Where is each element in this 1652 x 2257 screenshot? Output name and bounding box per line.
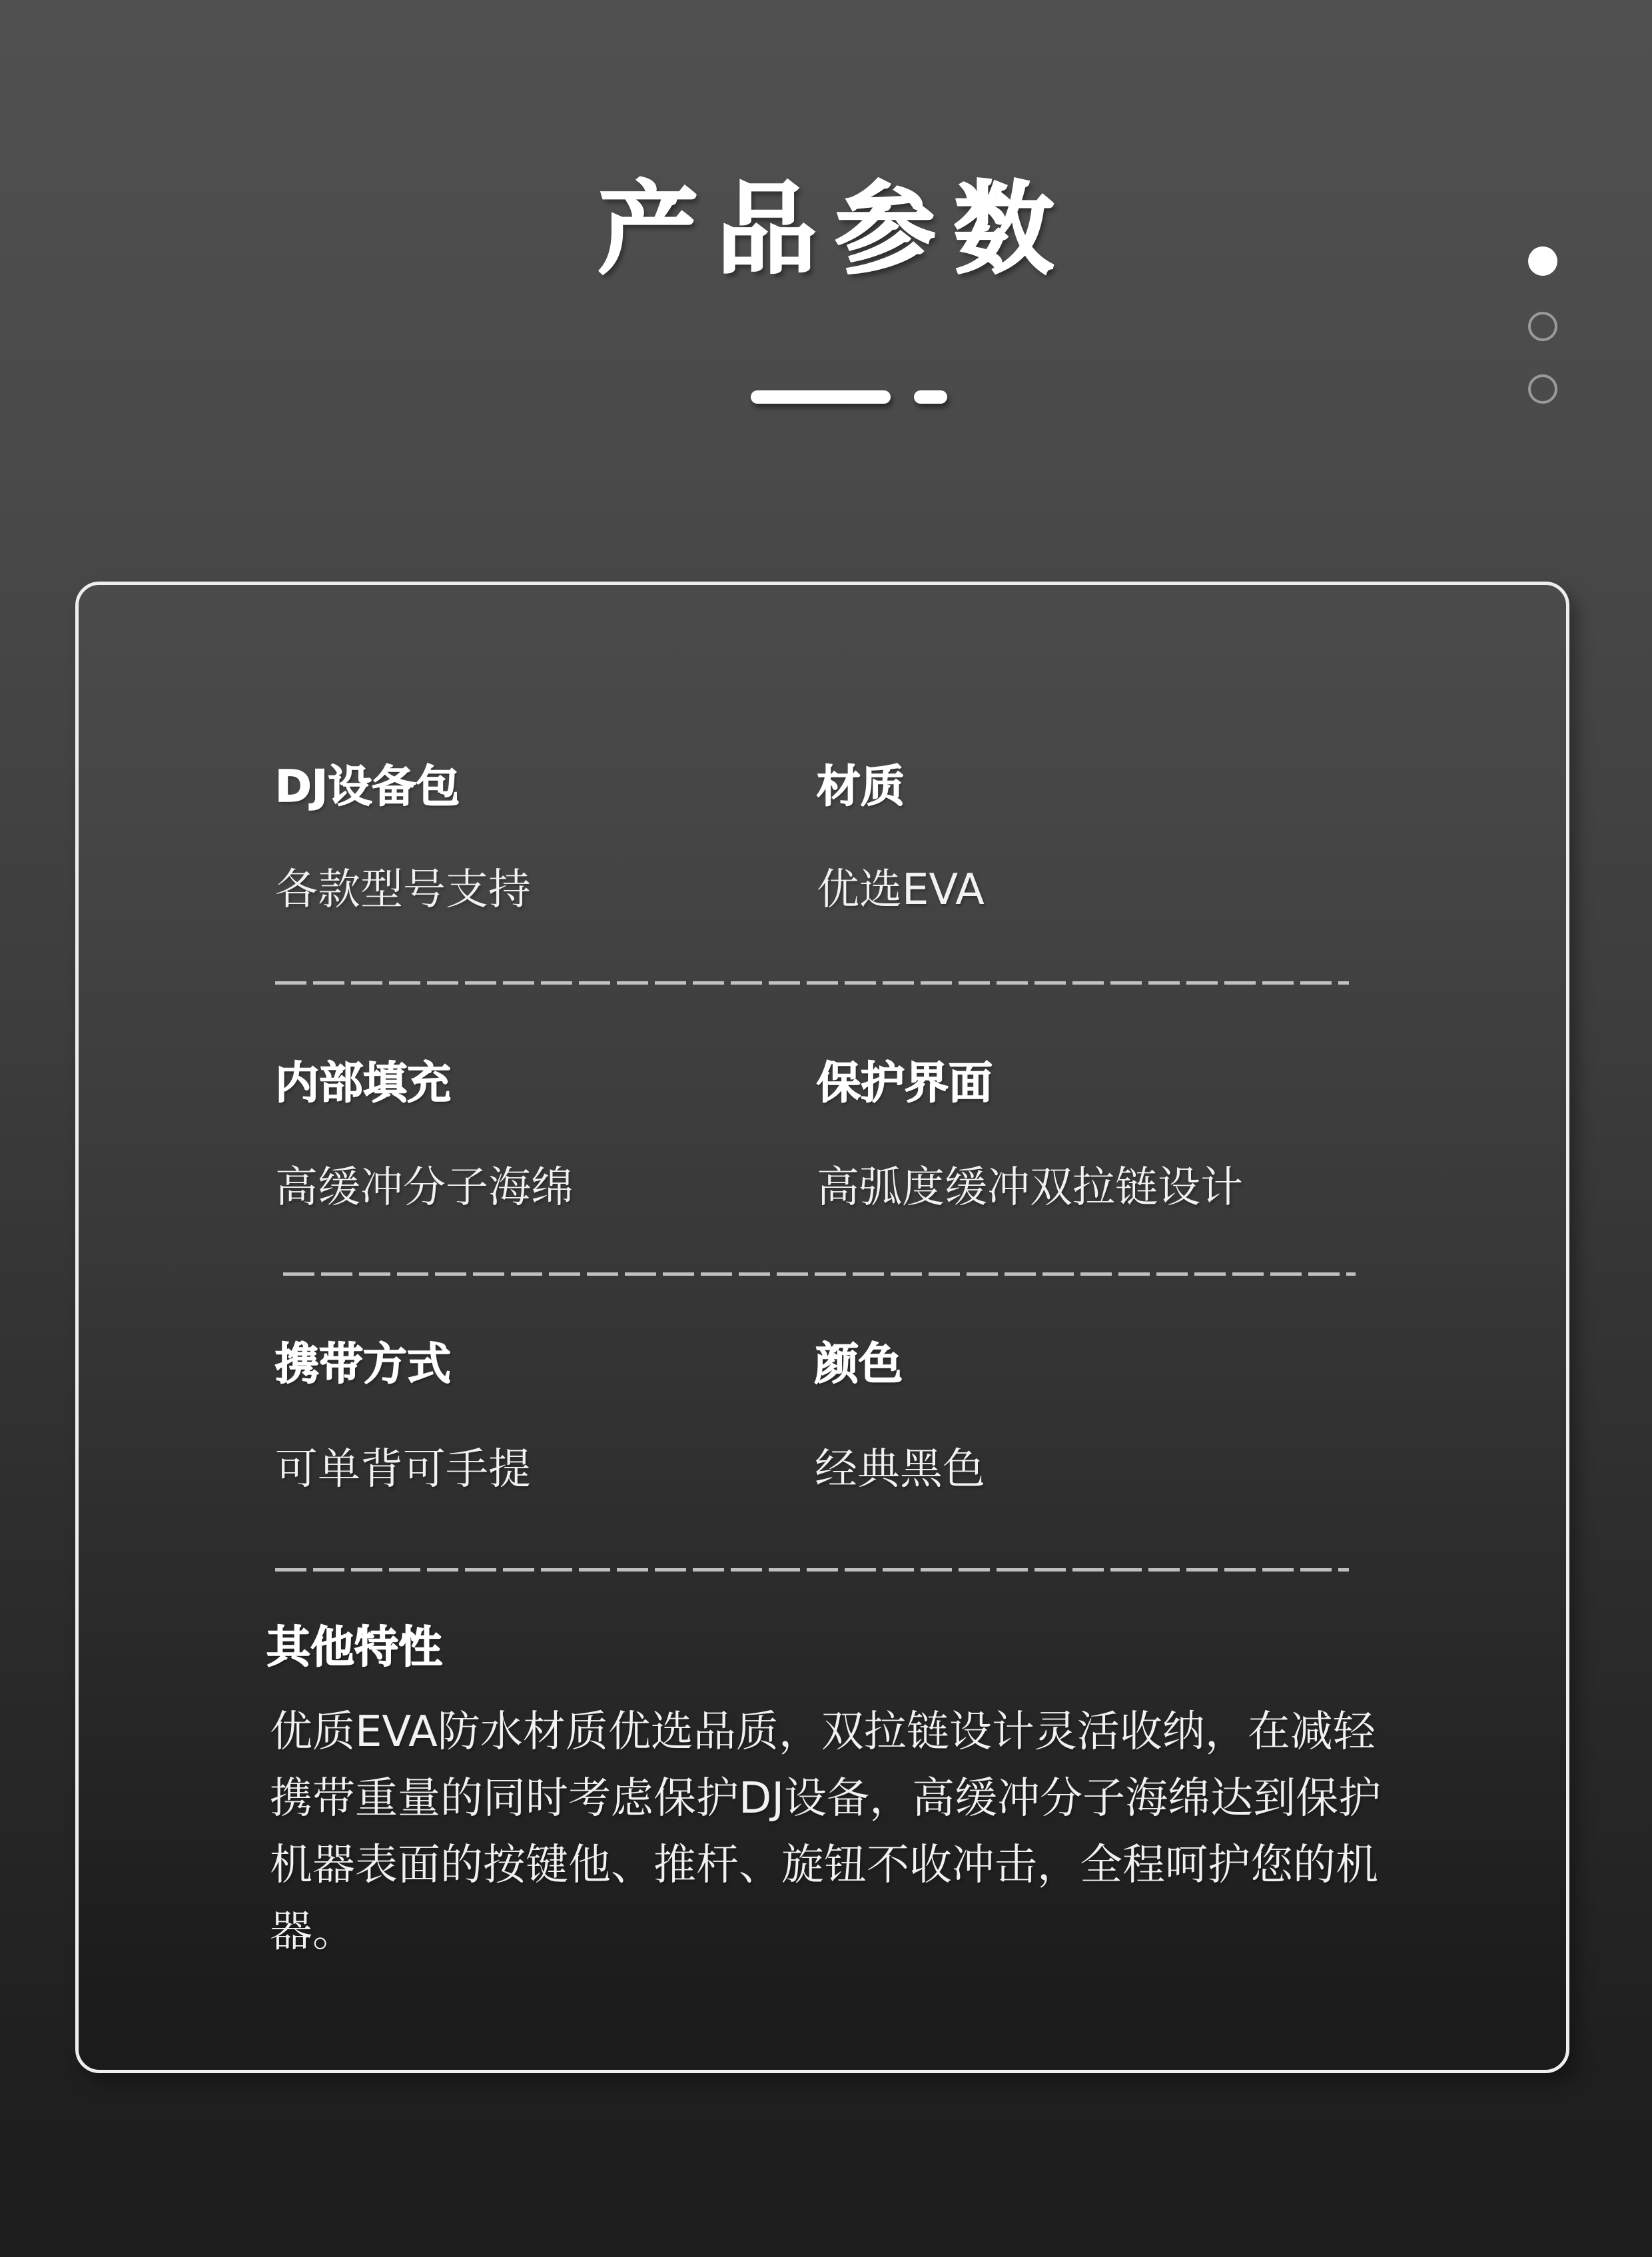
spec-value-carry: 可单背可手提 (275, 1443, 531, 1496)
decoration-bar-long (751, 390, 891, 404)
spec-label-filling: 内部填充 (275, 1057, 451, 1110)
spec-label-product: DJ设备包 (275, 760, 460, 813)
spec-other-description: 优质EVA防水材质优选品质，双拉链设计灵活收纳，在减轻携带重量的同时考虑保护DJ… (270, 1699, 1416, 1965)
page-title: 产品参数 (0, 170, 1652, 290)
spec-value-protection: 高弧度缓冲双拉链设计 (817, 1161, 1243, 1214)
page-dot-2[interactable] (1528, 312, 1557, 341)
spec-label-color: 颜色 (815, 1338, 903, 1391)
page-dot-3[interactable] (1528, 374, 1557, 404)
decoration-bar-short (914, 390, 947, 404)
spec-value-color: 经典黑色 (815, 1443, 985, 1496)
page-dot-1-active[interactable] (1528, 246, 1557, 276)
divider-3 (275, 1568, 1349, 1572)
spec-label-material: 材质 (817, 760, 905, 813)
spec-label-carry: 携带方式 (275, 1338, 451, 1391)
divider-2 (283, 1272, 1356, 1276)
spec-card: DJ设备包 各款型号支持 材质 优选EVA 内部填充 高缓冲分子海绵 保护界面 … (75, 582, 1569, 2073)
divider-1 (275, 981, 1349, 985)
spec-label-protection: 保护界面 (817, 1057, 993, 1110)
spec-value-filling: 高缓冲分子海绵 (275, 1161, 574, 1214)
spec-label-other: 其他特性 (266, 1621, 442, 1674)
spec-value-product: 各款型号支持 (275, 863, 531, 917)
spec-value-material: 优选EVA (817, 863, 985, 917)
